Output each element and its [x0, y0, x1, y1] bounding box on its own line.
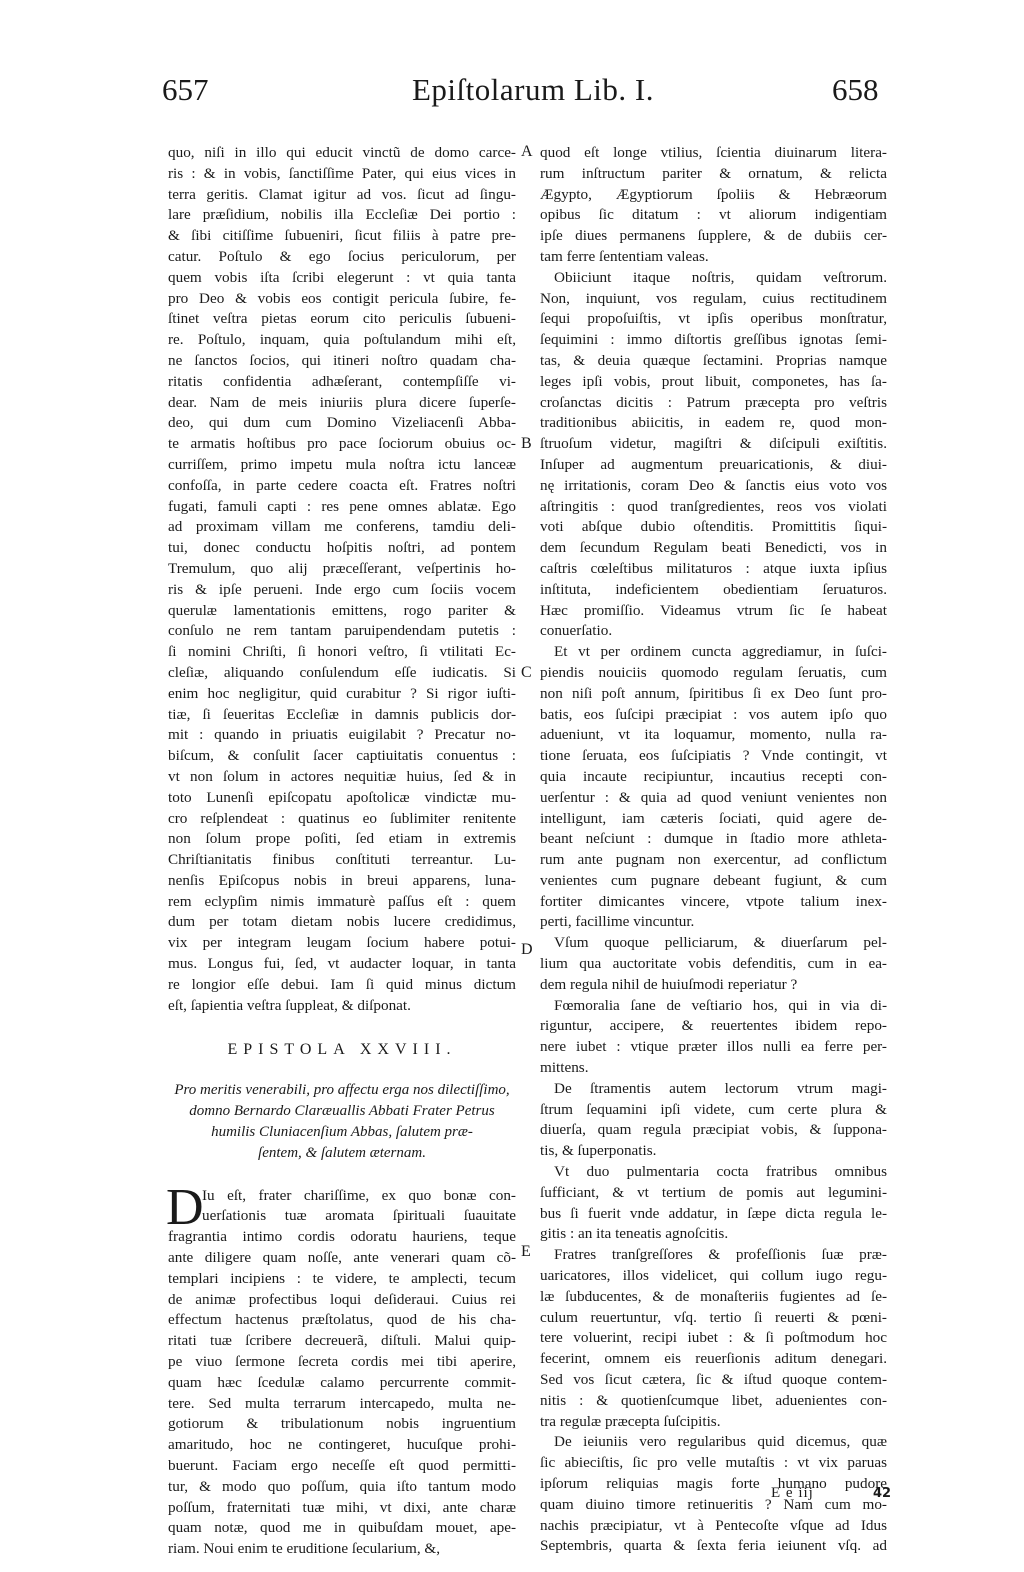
text-line: Vt duo pulmentaria cocta fratribus omnib…: [540, 1162, 887, 1183]
book-page-spread: 657 Epiſtolarum Lib. I. 658 A B C D E qu…: [0, 0, 1024, 1572]
margin-letter-b: B: [521, 435, 532, 453]
text-line: dem regula nihil de huiuſmodi reperiatur…: [540, 975, 887, 996]
text-line: piendis nouiciis quomodo regulam ſeruati…: [540, 663, 887, 684]
text-line: gitis : an ita teneatis agnoſcitis.: [540, 1224, 887, 1245]
text-line: ris : & in vobis, ſanctiſſime Pater, qui…: [168, 164, 516, 185]
epistle-heading: EPISTOLA XXVIII.: [168, 1038, 516, 1062]
margin-letter-c: C: [521, 664, 532, 682]
text-line: gotiorum & tribulationum nobis ingruenti…: [168, 1414, 516, 1435]
text-line: inſtituta, indeficientem obedientiam ſer…: [540, 580, 887, 601]
text-line: ſi nomini Chriſti, ſi honori veſtro, ſi …: [168, 642, 516, 663]
text-line: De ſtramentis autem lectorum vtrum magi-: [540, 1079, 887, 1100]
text-line: Ægypto, Ægyptiorum ſpoliis & Hebræorum: [540, 185, 887, 206]
text-line: venientes cum pugnare debeant fugiunt, &…: [540, 871, 887, 892]
text-line: Et vt per ordinem cuncta aggrediamur, in…: [540, 642, 887, 663]
text-line: fragrantia intimo cordis odoratu haurien…: [168, 1227, 516, 1248]
text-line: quia incaute recipiuntur, incautius rece…: [540, 767, 887, 788]
epistle-text: Iu eſt, frater chariſſime, ex quo bonæ c…: [168, 1186, 516, 1560]
text-line: querulæ lamentationis emittens, rogo par…: [168, 601, 516, 622]
text-line: re. Poſtulo, inquam, quia poſtulandum mi…: [168, 330, 516, 351]
signature-mark: E e iij: [771, 1485, 814, 1502]
text-line: conuerſatio.: [540, 621, 887, 642]
folio-number: 42: [873, 1486, 891, 1501]
text-line: tam ferre ſententiam valeas.: [540, 247, 887, 268]
text-line: culum reuertuntur, vſq. tertio ſi reuert…: [540, 1308, 887, 1329]
text-line: cro reſplendeat : quatinus eo ſublimiter…: [168, 809, 516, 830]
text-line: bus ſi fuerit vnde addatur, in ſæpe dict…: [540, 1204, 887, 1225]
text-line: caſtris cœleſtibus militaturos : atque i…: [540, 559, 887, 580]
text-line: croſanctas dicitis : Patrum præcepta pro…: [540, 393, 887, 414]
text-line: ris & ipſe perueni. Inde ergo cum ſociis…: [168, 580, 516, 601]
text-line: ſequimini : immo diſtortis greſſibus ign…: [540, 330, 887, 351]
text-line: Obiiciunt itaque noſtris, quidam veſtror…: [540, 268, 887, 289]
running-title: Epiſtolarum Lib. I.: [412, 72, 654, 108]
text-line: amaritudo, hoc ne contingeret, hucuſque …: [168, 1435, 516, 1456]
text-line: nitis : & quotienſcumque libet, aduenien…: [540, 1391, 887, 1412]
text-line: tere. Sed multa terrarum intercapedo, mu…: [168, 1394, 516, 1415]
text-line: nenſis Epiſcopus nobis in breui apparens…: [168, 871, 516, 892]
text-line: uerſationis tuæ aromata ſpirituali ſuaui…: [168, 1206, 516, 1227]
text-line: te armatis hoſtibus pro pace ſociorum ob…: [168, 434, 516, 455]
text-line: eſt, ſapientia veſtra ſuppleat, & diſpon…: [168, 996, 516, 1017]
paragraph: Obiiciunt itaque noſtris, quidam veſtror…: [540, 268, 887, 642]
text-line: & ſibi citiſſime ſubueniri, ſicut filiis…: [168, 226, 516, 247]
text-line: beant neſciunt : dumque in ſtadio more a…: [540, 829, 887, 850]
text-line: intelligunt, iam cæteris ſociati, quid a…: [540, 809, 887, 830]
text-line: mus. Longus fui, ſed, vt audacter loquar…: [168, 954, 516, 975]
text-line: tiæ, ſi ſeueritas Eccleſiæ in damnis pub…: [168, 705, 516, 726]
epistle-body: D Iu eſt, frater chariſſime, ex quo bonæ…: [168, 1186, 516, 1560]
text-line: quam notæ, quod me in quibuſdam mouet, a…: [168, 1518, 516, 1539]
text-line: ſufficiant, & vt tertium de pomis aut le…: [540, 1183, 887, 1204]
text-line: ſequi propoſuiſtis, vt ipſis operibus mo…: [540, 309, 887, 330]
text-line: pro Deo & vobis eos contigit pericula ſu…: [168, 289, 516, 310]
text-line: ipſe diues permanens ſupplere, & de dubi…: [540, 226, 887, 247]
text-line: non ſolum prope poſiti, ſed etiam in ext…: [168, 829, 516, 850]
text-line: fugati, famuli capti : res pene omnes ab…: [168, 497, 516, 518]
text-line: de animæ profectibus loqui deſideraui. C…: [168, 1290, 516, 1311]
text-line: uaricatores, illos videlicet, qui collum…: [540, 1266, 887, 1287]
text-line: Septembris, quarta & ſexta feria ieiunen…: [540, 1536, 887, 1557]
text-line: perti, facillime vincuntur.: [540, 912, 887, 933]
margin-letter-d: D: [521, 941, 533, 959]
left-column: quo, niſi in illo qui educit vinctũ de d…: [168, 143, 516, 1560]
text-line: cleſiæ, aliquando conſulendum eſſe iudic…: [168, 663, 516, 684]
text-line: riam. Noui enim te eruditione ſecularium…: [168, 1539, 516, 1560]
text-line: Inſuper ad augmentum preuaricationis, & …: [540, 455, 887, 476]
text-line: diuerſa, quam regula præcipiat vobis, & …: [540, 1120, 887, 1141]
text-line: rum inſtructum pariter & ornatum, & reli…: [540, 164, 887, 185]
right-column: quod eſt longe vtilius, ſcientia diuinar…: [540, 143, 887, 1557]
text-line: ritati tuæ ſcribere decreuerã, diſtuli. …: [168, 1331, 516, 1352]
text-line: quem vobis iſta ſcribi elegerunt : vt qu…: [168, 268, 516, 289]
text-line: fortiter dimicantes vincere, vtpote tali…: [540, 892, 887, 913]
text-line: opibus ſic ditatum : vt aliorum indigent…: [540, 205, 887, 226]
text-line: tas, & deuia quæque ſectamini. Proprias …: [540, 351, 887, 372]
text-line: rem eclypſim nimis immaturè paſſus eſt :…: [168, 892, 516, 913]
text-line: ante diligere quam noſſe, ante venerari …: [168, 1248, 516, 1269]
paragraph: quod eſt longe vtilius, ſcientia diuinar…: [540, 143, 887, 268]
text-line: nachis præcipiatur, vt à Pentecoſte vſqu…: [540, 1516, 887, 1537]
text-line: tur, & modo quo poſſum, quia iſto tantum…: [168, 1477, 516, 1498]
epistle-address: Pro meritis venerabili, pro affectu erga…: [168, 1080, 516, 1163]
text-line: vt non ſolum in actores nequitiæ huius, …: [168, 767, 516, 788]
text-line: Fratres tranſgreſſores & profeſſionis ſu…: [540, 1245, 887, 1266]
text-line: tione ſeruata, eos ſuſcipiatis ? Vnde co…: [540, 746, 887, 767]
paragraph: De ſtramentis autem lectorum vtrum magi-…: [540, 1079, 887, 1162]
column-number-right: 658: [832, 72, 879, 108]
text-line: fecerint, omnem eis reuerſionis aditum d…: [540, 1349, 887, 1370]
text-line: biſcum, & conſulit ſacer captiuitatis co…: [168, 746, 516, 767]
continued-letter-text: quo, niſi in illo qui educit vinctũ de d…: [168, 143, 516, 1016]
text-line: quo, niſi in illo qui educit vinctũ de d…: [168, 143, 516, 164]
address-line: domno Bernardo Claræuallis Abbati Frater…: [168, 1101, 516, 1122]
text-line: conſulo ne rem tantam paruipendendam put…: [168, 621, 516, 642]
text-line: ritatis confidentia adhæſerant, contempſ…: [168, 372, 516, 393]
text-line: traditionibus abiicitis, in eadem re, qu…: [540, 413, 887, 434]
text-line: ſtrum ſequamini ipſi videte, cum certe p…: [540, 1100, 887, 1121]
text-line: pe viuo ſermone ſecreta cordis mei tibi …: [168, 1352, 516, 1373]
text-line: ipſorum reliquias magis forte humano pud…: [540, 1474, 887, 1495]
text-line: ſtruoſum videtur, magiſtri & diſcipuli e…: [540, 434, 887, 455]
text-line: nere iubet : vtique præter illos nulli e…: [540, 1037, 887, 1058]
text-line: dum per totam dietam nobis lucere credid…: [168, 912, 516, 933]
text-line: lare præſidium, nobilis illa Eccleſiæ De…: [168, 205, 516, 226]
drop-cap: D: [166, 1186, 204, 1230]
text-line: deo, qui dum cum Domino Vizeliacenſi Abb…: [168, 413, 516, 434]
text-line: læ ſubducentes, & de monaſteriis fugient…: [540, 1287, 887, 1308]
text-line: quod eſt longe vtilius, ſcientia diuinar…: [540, 143, 887, 164]
text-line: Chriſtianitatis finibus conſtituti terre…: [168, 850, 516, 871]
text-line: non niſi poſt annum, ſpiritibus ſi ex De…: [540, 684, 887, 705]
text-line: rum ante pugnam non exercentur, ad confl…: [540, 850, 887, 871]
text-line: re longior eſſe debui. Iam ſi quid minus…: [168, 975, 516, 996]
text-line: Non, inquiunt, vos regulam, cuius rectit…: [540, 289, 887, 310]
text-line: ſtinet veſtra pietas eorum cito periculi…: [168, 309, 516, 330]
text-line: Fœmoralia ſane de veſtiario hos, qui in …: [540, 996, 887, 1017]
text-line: De ieiuniis vero regularibus quid dicemu…: [540, 1432, 887, 1453]
text-line: Sed vos ſicut cætera, ſic & iſtud quoque…: [540, 1370, 887, 1391]
text-line: tere voluerint, recipi iubet : & ſi poſt…: [540, 1328, 887, 1349]
text-line: Hæc promiſſio. Videamus vtrum ſic ſe hab…: [540, 601, 887, 622]
paragraph: De ieiuniis vero regularibus quid dicemu…: [540, 1432, 887, 1557]
text-line: vix per integram leugam ſocium habere po…: [168, 933, 516, 954]
text-line: adueniunt, vt ita loquamur, momento, nul…: [540, 725, 887, 746]
text-line: tis, & ſuperponatis.: [540, 1141, 887, 1162]
text-line: Vſum quoque pelliciarum, & diuerſarum pe…: [540, 933, 887, 954]
paragraph: Et vt per ordinem cuncta aggrediamur, in…: [540, 642, 887, 933]
text-line: uerſentur : & quia ad quod veniunt venie…: [540, 788, 887, 809]
text-line: mit : quando in priuatis euigilabit ? Pr…: [168, 725, 516, 746]
text-line: terra geritis. Clamat igitur ad vos. ſic…: [168, 185, 516, 206]
text-line: dem ſecundum Regulam beati Benedicti, vo…: [540, 538, 887, 559]
text-line: voti abſque dubio oſtenditis. Promittiti…: [540, 517, 887, 538]
address-line: Pro meritis venerabili, pro affectu erga…: [168, 1080, 516, 1101]
margin-letter-a: A: [521, 143, 533, 161]
paragraph: Fratres tranſgreſſores & profeſſionis ſu…: [540, 1245, 887, 1432]
text-line: curriſſem, primo impetu mula noſtra ictu…: [168, 455, 516, 476]
text-line: buerunt. Faciam ergo neceſſe eſt quod pe…: [168, 1456, 516, 1477]
running-header: 657 Epiſtolarum Lib. I. 658: [0, 72, 1024, 122]
text-line: lium qua auctoritate vobis defenditis, c…: [540, 954, 887, 975]
paragraph: Fœmoralia ſane de veſtiario hos, qui in …: [540, 996, 887, 1079]
text-line: ad proximam villam me conferens, tamdiu …: [168, 517, 516, 538]
address-line: ſentem, & ſalutem æternam.: [168, 1143, 516, 1164]
text-line: ſic abieciſtis, ſic pro velle mutaſtis :…: [540, 1453, 887, 1474]
text-line: batis, eos ſuſcipi præcipiat : vos autem…: [540, 705, 887, 726]
text-line: nę irritationis, coram Deo & ſanctis eiu…: [540, 476, 887, 497]
text-line: leges ipſi vobis, prout libuit, componet…: [540, 372, 887, 393]
text-line: riguntur, accipere, & reuertentes ibidem…: [540, 1016, 887, 1037]
text-line: tui, donec conductu hoſpitis noſtri, ad …: [168, 538, 516, 559]
text-line: dear. Nam de meis iniuriis plura dicere …: [168, 393, 516, 414]
paragraph: Vt duo pulmentaria cocta fratribus omnib…: [540, 1162, 887, 1245]
text-line: aſtringitis : quod tranſgredientes, reos…: [540, 497, 887, 518]
margin-letter-e: E: [521, 1243, 531, 1261]
text-line: toto Lunenſi epiſcopatu apoſtolicæ vindi…: [168, 788, 516, 809]
text-line: mittens.: [540, 1058, 887, 1079]
text-line: poſſum, fraternitati tuæ mihi, vt dixi, …: [168, 1498, 516, 1519]
text-line: quam diuino timore retinueritis ? Nam cu…: [540, 1495, 887, 1516]
text-line: Iu eſt, frater chariſſime, ex quo bonæ c…: [168, 1186, 516, 1207]
text-line: effectum hactenus præſtolatus, quod de h…: [168, 1310, 516, 1331]
text-line: tra regulæ præcepta ſuſcipitis.: [540, 1412, 887, 1433]
text-line: confoſſa, in parte cedere coacta eſt. Fr…: [168, 476, 516, 497]
text-line: catur. Poſtulo & ego ſocius periculorum,…: [168, 247, 516, 268]
text-line: enim hoc negligitur, quid curabitur ? Si…: [168, 684, 516, 705]
text-line: Tremulum, quo alij præceſſerant, veſpert…: [168, 559, 516, 580]
address-line: humilis Cluniacenſium Abbas, ſalutem præ…: [168, 1122, 516, 1143]
column-number-left: 657: [162, 72, 209, 108]
text-line: ne ſanctos ſocios, qui itineri noſtro qu…: [168, 351, 516, 372]
paragraph: Vſum quoque pelliciarum, & diuerſarum pe…: [540, 933, 887, 995]
text-line: quam hæc ſcedulæ calamo percurrente comm…: [168, 1373, 516, 1394]
text-line: templari incipiens : te videre, te ample…: [168, 1269, 516, 1290]
